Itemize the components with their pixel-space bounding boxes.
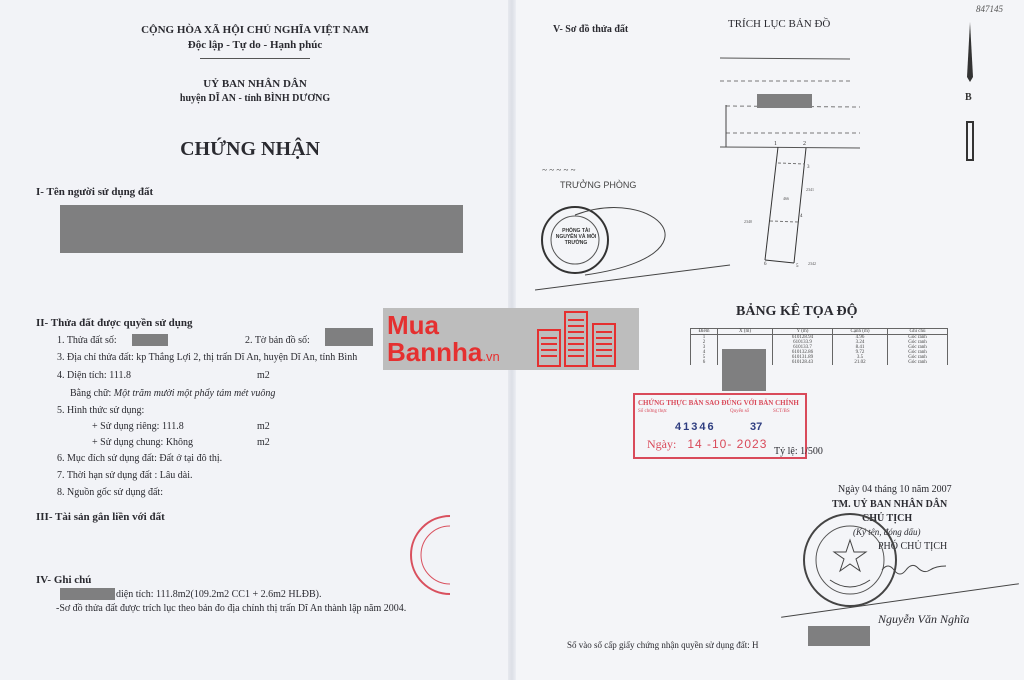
area-label: 4. Diện tích: 111.8 bbox=[57, 370, 131, 381]
shared-use-unit: m2 bbox=[257, 437, 270, 448]
land-duration: 7. Thời hạn sử dụng đất : Lâu dài. bbox=[57, 470, 193, 481]
stamp-date-value: 14 -10- 2023 bbox=[687, 437, 767, 451]
svg-text:2: 2 bbox=[803, 141, 806, 147]
signature-scribble-icon bbox=[880, 560, 950, 576]
map-extract-title: TRÍCH LỤC BẢN ĐỒ bbox=[728, 18, 830, 30]
stamp-number-label: Số chứng thực bbox=[638, 409, 667, 414]
header-divider bbox=[200, 58, 310, 59]
dept-stamp-text: PHÒNG TÀI NGUYÊN VÀ MÔI TRƯỜNG bbox=[555, 228, 597, 246]
map-sheet-label: 2. Tờ bản đồ số: bbox=[245, 335, 310, 346]
owner-name-redaction bbox=[60, 205, 463, 253]
section4-heading: IV- Ghi chú bbox=[36, 574, 91, 586]
stamp-date: Ngày: 14 -10- 2023 bbox=[647, 437, 767, 452]
note-redaction bbox=[60, 588, 115, 600]
issuer-location: huyện DĨ AN - tỉnh BÌNH DƯƠNG bbox=[110, 93, 400, 104]
map-scale: Tỷ lệ: 1/500 bbox=[774, 446, 823, 457]
coord-table-title: BẢNG KÊ TỌA ĐỘ bbox=[736, 304, 858, 320]
area-words-label: Bằng chữ: bbox=[70, 388, 114, 399]
parcel-number-label: 1. Thửa đất số: bbox=[57, 335, 117, 346]
svg-text:4: 4 bbox=[800, 214, 803, 219]
document-title: CHỨNG NHẬN bbox=[100, 138, 400, 161]
plot-diagram: 12 34 56 466 2341 2340 2342 bbox=[720, 55, 860, 270]
area-in-words: Bằng chữ: Một trăm mười một phẩy tám mét… bbox=[70, 388, 275, 399]
svg-text:3: 3 bbox=[807, 165, 810, 170]
note-map-source: -Sơ đồ thửa đất được trích lục theo bản … bbox=[56, 603, 406, 614]
section2-heading: II- Thửa đất được quyền sử dụng bbox=[36, 317, 193, 329]
area-words-value: Một trăm mười một phẩy tám mét vuông bbox=[114, 388, 276, 399]
stamp-number: 41346 bbox=[675, 421, 716, 433]
private-use-unit: m2 bbox=[257, 421, 270, 432]
signing-organization: TM. UỶ BAN NHÂN DÂN bbox=[832, 499, 947, 510]
buildings-icon bbox=[533, 310, 633, 368]
svg-text:6: 6 bbox=[764, 262, 767, 267]
svg-text:2341: 2341 bbox=[806, 187, 814, 192]
signing-date: Ngày 04 tháng 10 năm 2007 bbox=[838, 484, 952, 495]
land-purpose: 6. Mục đích sử dụng đất: Đất ở tại đô th… bbox=[57, 453, 222, 464]
logo-suffix: .vn bbox=[482, 349, 499, 364]
svg-text:466: 466 bbox=[783, 196, 789, 201]
logo-line2: Bannha.vn bbox=[387, 339, 500, 370]
parcel-address: 3. Địa chỉ thửa đất: kp Thắng Lợi 2, thị… bbox=[57, 352, 357, 363]
registry-number-redaction bbox=[808, 626, 870, 646]
svg-text:2342: 2342 bbox=[808, 261, 816, 266]
map-label-redaction bbox=[757, 94, 812, 108]
stamp-book-value: SCT/BS bbox=[773, 409, 790, 414]
coord-cell-point: 6 bbox=[691, 360, 718, 365]
note-area: diện tích: 111.8m2(109.2m2 CC1 + 2.6m2 H… bbox=[116, 589, 321, 600]
country-header: CỘNG HÒA XÃ HỘI CHỦ NGHĨA VIỆT NAM bbox=[110, 24, 400, 36]
logo-brand: Bannha bbox=[387, 337, 482, 367]
map-sheet-redaction bbox=[325, 328, 373, 346]
area-unit: m2 bbox=[257, 370, 270, 381]
head-of-dept-title: TRƯỞNG PHÒNG bbox=[560, 180, 636, 190]
svg-text:1: 1 bbox=[774, 141, 777, 147]
usage-form: 5. Hình thức sử dụng: bbox=[57, 405, 144, 416]
motto: Độc lập - Tự do - Hạnh phúc bbox=[110, 39, 400, 51]
coord-cell-edge: 21.02 bbox=[833, 360, 888, 365]
official-seal-partial-icon bbox=[410, 512, 450, 597]
land-origin: 8. Nguồn gốc sử dụng đất: bbox=[57, 487, 163, 498]
issuer: UỶ BAN NHÂN DÂN bbox=[110, 78, 400, 90]
section3-heading: III- Tài sản gắn liền với đất bbox=[36, 511, 165, 523]
registry-number-label: Số vào sổ cấp giấy chứng nhận quyền sử d… bbox=[567, 640, 758, 650]
parcel-number-redaction bbox=[132, 334, 168, 346]
muabannha-watermark-logo: Mua Bannha.vn bbox=[383, 308, 639, 370]
section1-heading: I- Tên người sử dụng đất bbox=[36, 186, 153, 198]
logo-line1: Mua bbox=[387, 312, 439, 338]
head-dept-signature-note: ~ ~ ~ ~ ~ bbox=[542, 165, 575, 175]
svg-text:5: 5 bbox=[796, 264, 799, 269]
north-arrow-icon: B bbox=[962, 22, 978, 162]
section5-heading: V- Sơ đồ thửa đất bbox=[553, 24, 628, 35]
stamp-title: CHỨNG THỰC BẢN SAO ĐÚNG VỚI BẢN CHÍNH bbox=[635, 395, 805, 407]
coord-cell-y: 610128.43 bbox=[773, 360, 833, 365]
svg-text:B: B bbox=[965, 92, 972, 103]
svg-text:2340: 2340 bbox=[744, 219, 752, 224]
stamp-labels: Số chứng thực Quyển số SCT/BS bbox=[635, 407, 805, 414]
coord-cell-note: Góc ranh bbox=[888, 360, 948, 365]
signer-name: Nguyễn Văn Nghĩa bbox=[878, 612, 969, 627]
x-coords-redaction bbox=[722, 349, 766, 391]
stamp-date-label: Ngày: bbox=[647, 437, 676, 451]
stamp-book-number: 37 bbox=[750, 421, 762, 433]
private-use: + Sử dụng riêng: 111.8 bbox=[92, 421, 184, 432]
stamp-book-label: Quyển số bbox=[730, 409, 749, 414]
shared-use: + Sử dụng chung: Không bbox=[92, 437, 193, 448]
serial-number: 847145 bbox=[976, 4, 1003, 14]
